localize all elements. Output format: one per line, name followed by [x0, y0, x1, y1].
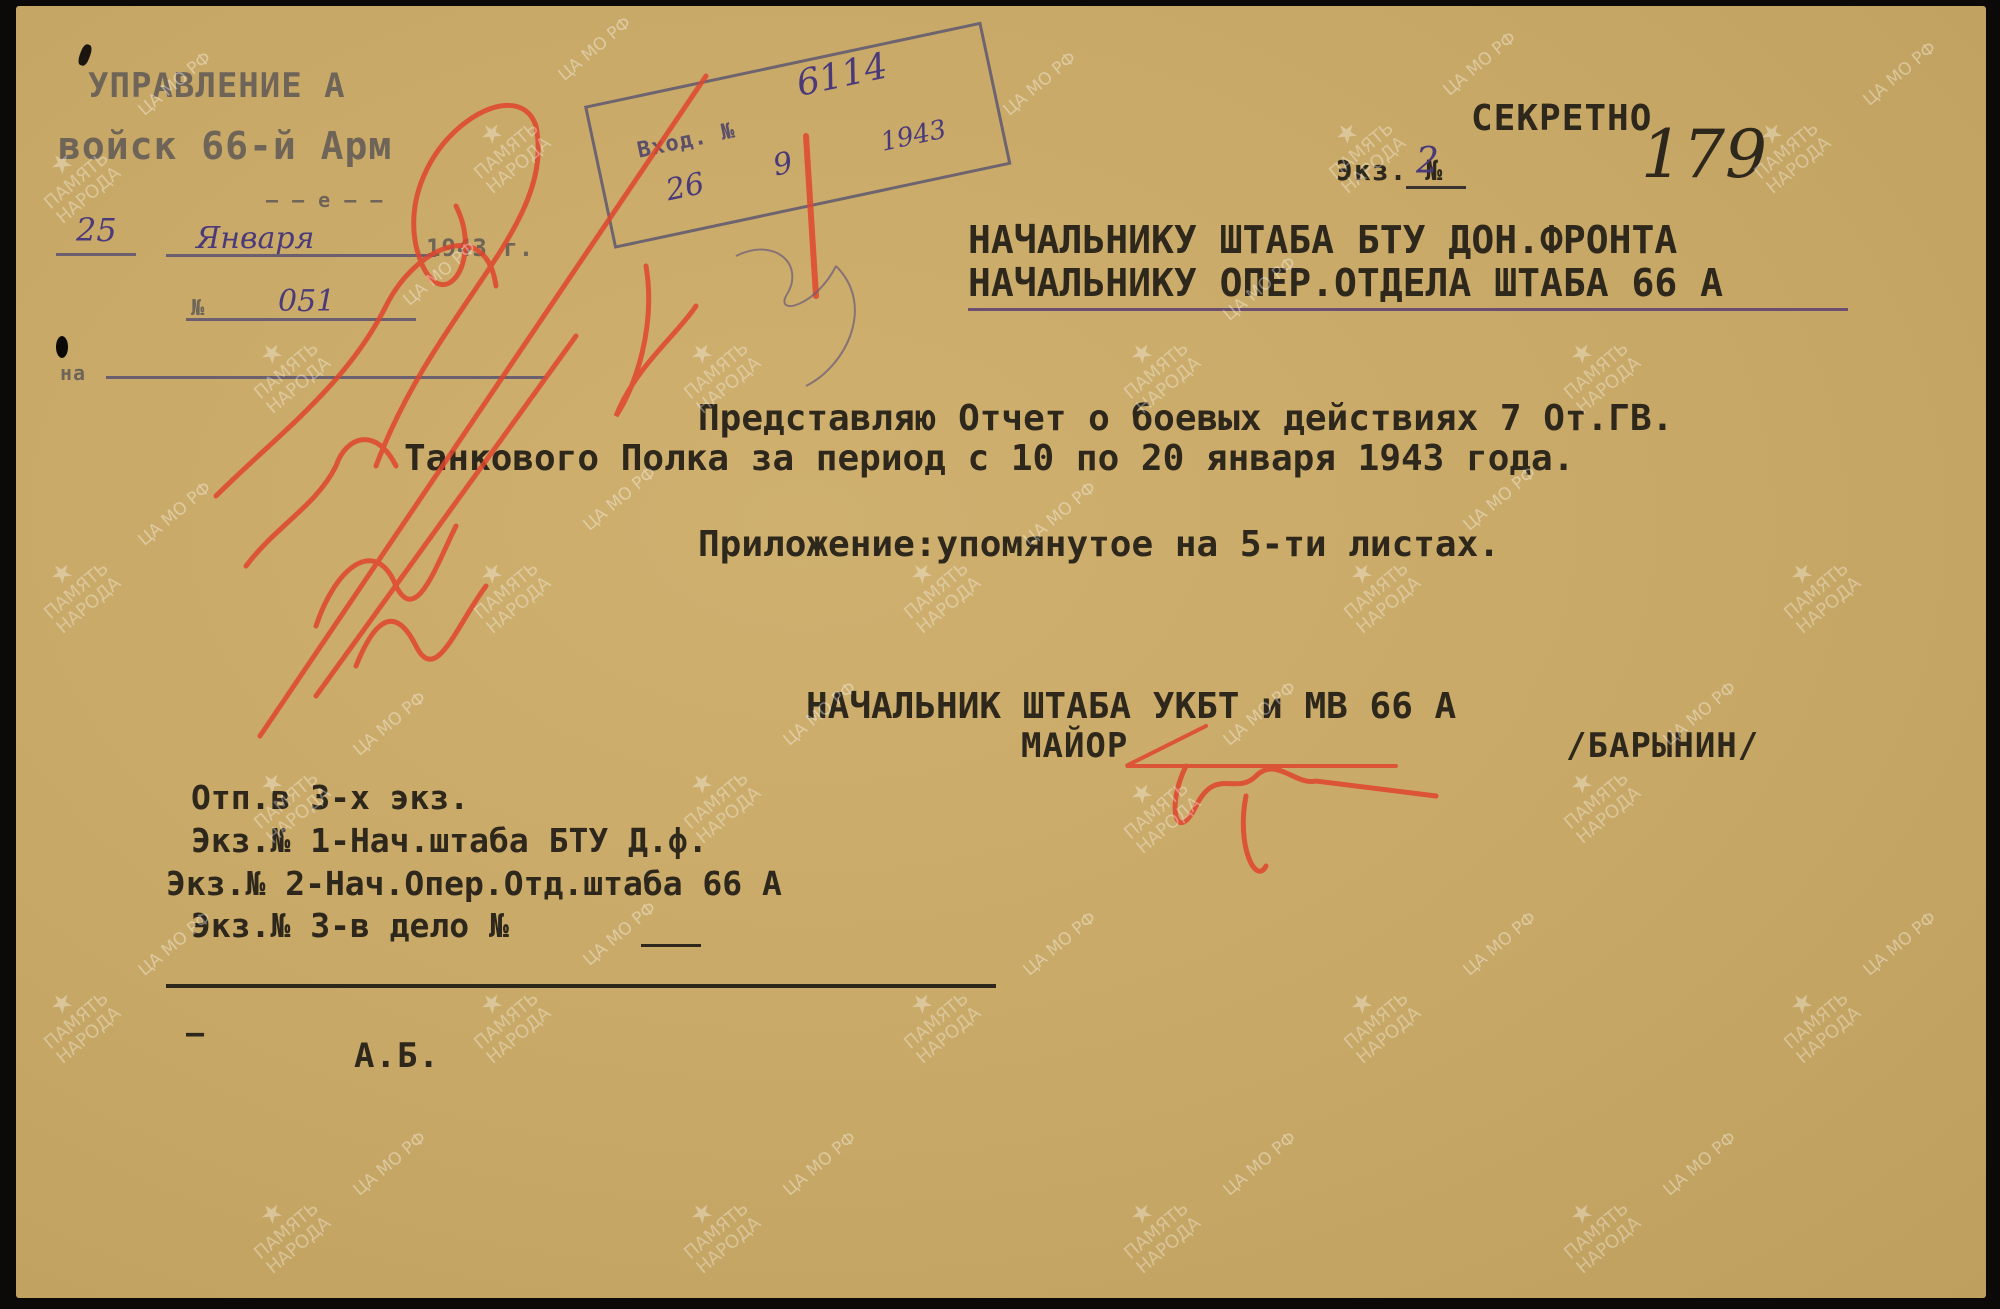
punch-hole [56, 336, 68, 358]
document-page: УПРАВЛЕНИЕ А войск 66-й Арм – – е – – 25… [16, 6, 1986, 1298]
red-pencil-annotations [16, 6, 1986, 1298]
